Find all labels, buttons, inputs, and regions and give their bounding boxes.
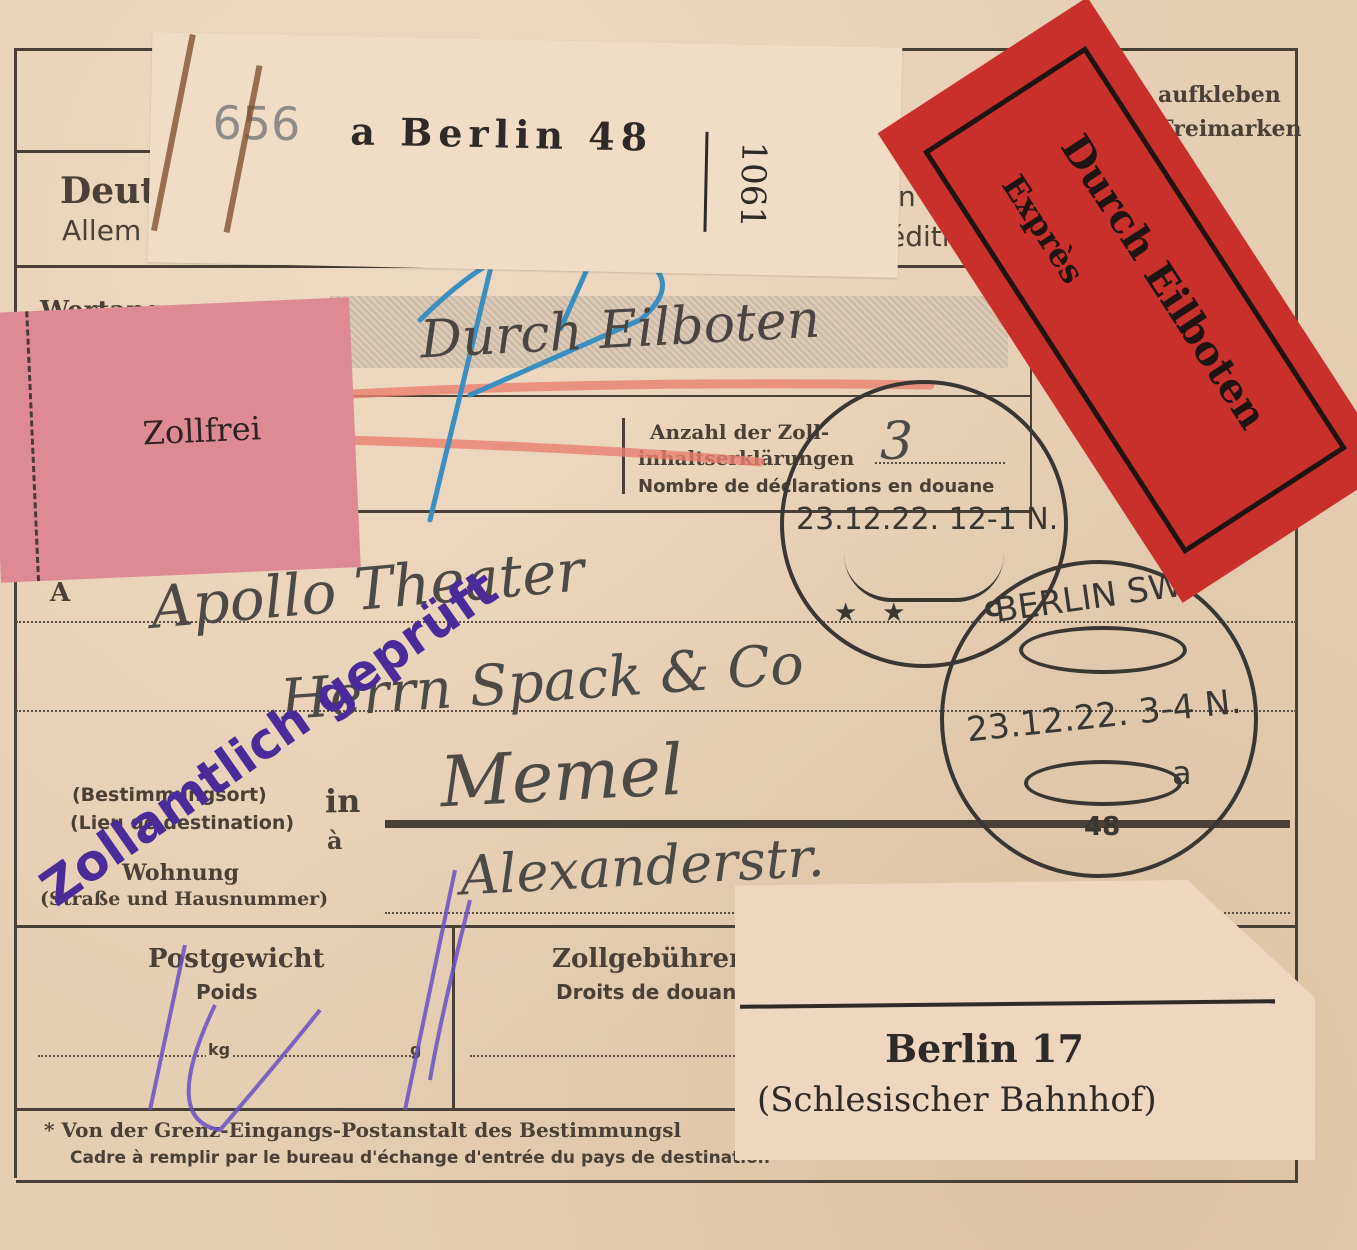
parcel-card: Deut Allem n éditio aufkleben Freimarken… — [0, 0, 1357, 1250]
customs-free-label: Zollfrei — [0, 297, 361, 582]
office-name: Berlin 17 — [885, 1026, 1084, 1071]
parcel-office: a Berlin 48 — [350, 108, 654, 159]
office-station: (Schlesischer Bahnhof) — [757, 1080, 1157, 1120]
parcel-label-separator — [703, 132, 708, 232]
postmark-2-date: 23.12.22. 3-4 N. — [965, 682, 1243, 751]
office-label: Berlin 17 (Schlesischer Bahnhof) — [735, 880, 1315, 1160]
postmark-1-date: 23.12.22. 12-1 N. — [796, 502, 1058, 537]
postmark-2-number: 48 — [1084, 812, 1120, 842]
postmark-2-upper-bar — [1019, 626, 1187, 674]
parcel-number-label: 656 a Berlin 48 1061 — [148, 32, 903, 278]
postmark-2-lower-bar — [1024, 760, 1182, 806]
postmark-2: BERLIN SW 23.12.22. 3-4 N. a 48 — [940, 560, 1258, 878]
pencil-strokes — [151, 34, 196, 231]
office-label-rule — [740, 999, 1275, 1009]
customs-free-text: Zollfrei — [142, 409, 262, 452]
perforation — [25, 311, 40, 581]
parcel-number: 656 — [212, 95, 301, 151]
postmark-2-letter: a — [1172, 754, 1192, 792]
postmark-1-stars: ★ ★ — [834, 598, 905, 628]
parcel-serial: 1061 — [732, 141, 774, 228]
postmark-1-bar — [844, 554, 1004, 602]
handwritten-destination: Memel — [438, 729, 685, 824]
